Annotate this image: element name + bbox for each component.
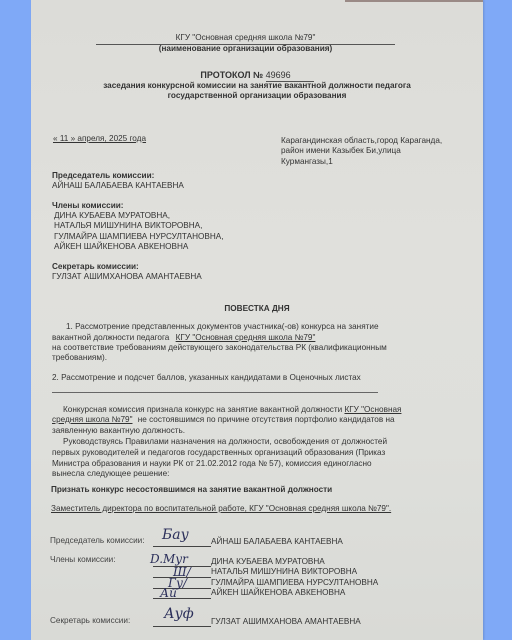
agenda-title: ПОВЕСТКА ДНЯ (31, 304, 483, 314)
paragraph-1-text-cont: не состоявшимся по причине отсутствия по… (138, 415, 395, 424)
paragraph-2-line-2: первых руководителей и педагогов государ… (52, 448, 385, 458)
paragraph-1-line-1: Конкурсная комиссия признала конкурс на … (63, 405, 401, 415)
sig-chair-line (153, 546, 211, 547)
paragraph-2-line-3: Министра образования и науки РК от 21.02… (52, 459, 372, 469)
paragraph-1-org: КГУ "Основная (344, 405, 401, 414)
agenda-item-1-line-4: требованиям). (52, 353, 107, 363)
secretary-name: ГУЛЗАТ АШИМХАНОВА АМАНТАЕВНА (52, 272, 202, 282)
sig-secretary-line (153, 626, 211, 627)
agenda-item-1-line-3: на соответствие требованиям действующего… (52, 343, 387, 353)
chair-name: АЙНАШ БАЛАБАЕВА КАНТАЕВНА (52, 181, 184, 191)
top-edge-strip (345, 0, 483, 2)
paragraph-1-line-2: средняя школа №79" не состоявшимся по пр… (52, 415, 395, 425)
sig-chair-label: Председатель комиссии: (50, 536, 145, 546)
sig-secretary-label: Секретарь комиссии: (50, 616, 130, 626)
member-name: ГУЛМАЙРА ШАМПИЕВА НУРСУЛТАНОВНА, (54, 232, 224, 242)
chair-label: Председатель комиссии: (52, 171, 154, 181)
member-name: АЙКЕН ШАЙКЕНОВА АВКЕНОВНА (54, 242, 188, 252)
sig-member-name: ДИНА КУБАЕВА МУРАТОВНА (211, 557, 325, 567)
sig-chair-name: АЙНАШ БАЛАБАЕВА КАНТАЕВНА (211, 537, 343, 547)
protocol-title-prefix: ПРОТОКОЛ № (200, 70, 263, 80)
member-name: ДИНА КУБАЕВА МУРАТОВНА, (54, 211, 170, 221)
sig-members-label: Члены комиссии: (50, 555, 116, 565)
secretary-label: Секретарь комиссии: (52, 262, 139, 272)
member-name: НАТАЛЬЯ МИШУНИНА ВИКТОРОВНА, (54, 221, 202, 231)
position-text: Заместитель директора по воспитательной … (51, 504, 391, 514)
address-line-1: Карагандинская область,город Караганда, (281, 136, 442, 146)
sig-secretary-signature: Ауф (164, 606, 194, 622)
sig-secretary-name: ГУЛЗАТ АШИМХАНОВА АМАНТАЕВНА (211, 617, 361, 627)
agenda-item-2: 2. Рассмотрение и подсчет баллов, указан… (52, 373, 361, 383)
address-line-3: Курмангазы,1 (281, 157, 333, 167)
protocol-subtitle-2: государственной организации образования (31, 91, 483, 101)
members-label: Члены комиссии: (52, 201, 123, 211)
agenda-item-1-line-1: 1. Рассмотрение представленных документо… (66, 322, 379, 332)
protocol-date: « 11 » апреля, 2025 года (53, 134, 146, 144)
paragraph-1-text: Конкурсная комиссия признала конкурс на … (63, 405, 342, 414)
sig-member-name: НАТАЛЬЯ МИШУНИНА ВИКТОРОВНА (211, 567, 357, 577)
sig-chair-signature: Бау (162, 527, 189, 543)
agenda-divider (52, 392, 378, 393)
decision-text: Признать конкурс несостоявшимся на занят… (51, 485, 332, 495)
org-name: КГУ "Основная средняя школа №79" (96, 33, 395, 43)
org-caption: (наименование организации образования) (96, 44, 395, 54)
agenda-item-1-line-2: вакантной должности педагога КГУ "Основн… (52, 333, 315, 343)
paragraph-2-line-4: вынесла следующее решение: (52, 469, 169, 479)
paragraph-1-line-3: заявленную вакантную должность. (52, 426, 185, 436)
protocol-subtitle-1: заседания конкурсной комиссии на занятие… (31, 81, 483, 91)
paragraph-1-org-cont: средняя школа №79" (52, 415, 132, 424)
agenda-item-1-org: КГУ "Основная средняя школа №79" (176, 333, 316, 342)
address-line-2: район имени Казыбек Би,улица (281, 146, 401, 156)
agenda-item-1-prefix: вакантной должности педагога (52, 333, 169, 342)
sig-member-name: ГУЛМАЙРА ШАМПИЕВА НУРСУЛТАНОВНА (211, 578, 378, 588)
sig-member-signature: Ай (160, 586, 177, 600)
paragraph-2-line-1: Руководствуясь Правилами назначения на д… (63, 437, 387, 447)
sig-member-name: АЙКЕН ШАЙКЕНОВА АВКЕНОВНА (211, 588, 345, 598)
sig-member-signature: D.Myr (150, 552, 188, 566)
